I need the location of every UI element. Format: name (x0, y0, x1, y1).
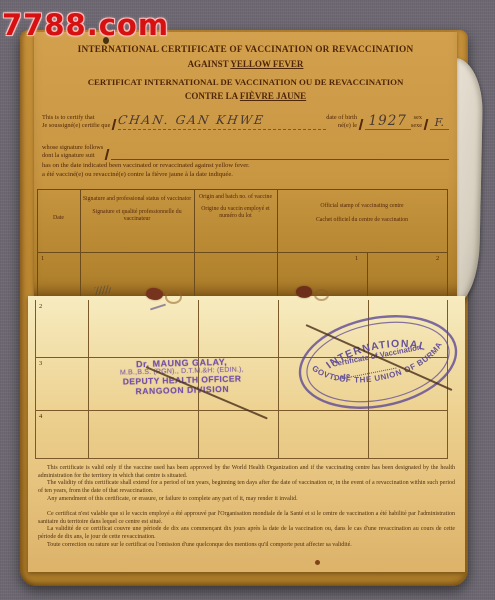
row-2-number: 2 (39, 303, 42, 310)
certify-label-en: This is to certify that (42, 114, 110, 122)
against-word-fr: CONTRE LA (185, 91, 240, 101)
statement-fr: a été vacciné(e) ou revacciné(e) contre … (42, 171, 449, 180)
photo-of-vaccination-certificate: 7788.com INTERNATIONAL CERTIFICATE OF VA… (0, 0, 495, 600)
validity-en-p1: This certificate is valid only if the va… (38, 465, 455, 480)
col-header-stamp: Official stamp of vaccinating centre Cac… (279, 203, 445, 224)
validity-en-p3: Any amendment of this certificate, or er… (38, 496, 455, 504)
bracket-tick (359, 119, 363, 130)
bracket-tick (424, 119, 428, 130)
statement-en: has on the date indicated been vaccinate… (42, 162, 449, 171)
col-header-origin: Origin and batch no. of vaccine Origine … (196, 194, 275, 221)
certificate-title-fr: CERTIFICAT INTERNATIONAL DE VACCINATION … (34, 77, 457, 87)
sex-label: sex sexe (411, 114, 422, 130)
site-watermark: 7788.com (2, 8, 169, 42)
certify-label: This is to certify that Je soussigné(e) … (42, 114, 110, 130)
name-handwritten-value: CHAN. GAN KHWE (117, 113, 266, 127)
name-field: CHAN. GAN KHWE (118, 111, 326, 130)
dob-label-fr: né(e) le (326, 122, 357, 130)
row-4-number: 4 (39, 413, 42, 420)
stain-ring (314, 289, 329, 301)
dob-label-en: date of birth (326, 114, 357, 122)
signature-label: whose signature follows dont la signatur… (42, 144, 103, 160)
stain-ring (165, 290, 182, 304)
row-1-number: 1 (41, 255, 44, 262)
bracket-tick (105, 149, 109, 160)
stamp-subcell-2: 2 (436, 255, 439, 262)
validity-en-p2: The validity of this certificate shall e… (38, 480, 455, 495)
vaccination-table-top: Date Signature and professional status o… (37, 189, 448, 296)
against-word-en: AGAINST (188, 59, 231, 69)
signature-label-en: whose signature follows (42, 144, 103, 152)
small-stain-dot (315, 560, 320, 565)
validity-text-english: This certificate is valid only if the va… (38, 465, 455, 503)
certificate-subtitle-en: AGAINST YELLOW FEVER (34, 59, 457, 69)
dob-label: date of birth né(e) le (326, 114, 357, 130)
certify-label-fr: Je soussigné(e) certifie que (42, 122, 110, 130)
row-3-number: 3 (39, 360, 42, 367)
sex-label-fr: sexe (411, 122, 422, 130)
validity-fr-p2: La validité de ce certificat couvre une … (38, 526, 455, 541)
col-header-stamp-fr: Cachet officiel du centre de vaccination (279, 217, 445, 224)
signature-label-fr: dont la signature suit (42, 152, 103, 160)
fievre-jaune-underlined: FIÈVRE JAUNE (240, 91, 306, 101)
bracket-tick (112, 119, 116, 130)
signature-blank-line (111, 148, 449, 160)
validity-fr-p3: Toute correction ou rature sur le certif… (38, 542, 455, 550)
yellow-fever-underlined: YELLOW FEVER (230, 59, 303, 69)
certificate-subtitle-fr: CONTRE LA FIÈVRE JAUNE (34, 91, 457, 101)
validity-fr-p1: Ce certificat n'est valable que si le va… (38, 511, 455, 526)
col-header-date: Date (37, 215, 80, 222)
upper-page: INTERNATIONAL CERTIFICATE OF VACCINATION… (34, 32, 457, 296)
lower-page: 2 3 4 Dr. MAUNG GALAY, M.B.,B.S. (RGN).,… (28, 296, 465, 572)
dob-handwritten-value: 1927 (365, 113, 411, 130)
signature-row: whose signature follows dont la signatur… (42, 144, 449, 160)
col-header-signature: Signature and professional status of vac… (82, 196, 192, 224)
vaccination-statement: has on the date indicated been vaccinate… (42, 162, 449, 179)
validity-text-french: Ce certificat n'est valable que si le va… (38, 511, 455, 549)
doctor-ink-stamp: Dr. MAUNG GALAY, M.B.,B.S. (RGN)., D.T.M… (76, 355, 289, 398)
certificate-title-en: INTERNATIONAL CERTIFICATE OF VACCINATION… (34, 45, 457, 55)
stamp-subcell-1: 1 (355, 255, 358, 262)
certify-row: This is to certify that Je soussigné(e) … (42, 111, 449, 130)
col-header-origin-en: Origin and batch no. of vaccine (196, 194, 275, 201)
col-header-signature-fr: Signature et qualité professionnelle du … (82, 209, 192, 223)
col-header-signature-en: Signature and professional status of vac… (82, 196, 192, 203)
col-header-origin-fr: Origine du vaccin employé et numéro du l… (196, 206, 275, 220)
sex-handwritten-value: F. (430, 116, 449, 130)
col-header-stamp-en: Official stamp of vaccinating centre (279, 203, 445, 210)
sex-label-en: sex (411, 114, 422, 122)
